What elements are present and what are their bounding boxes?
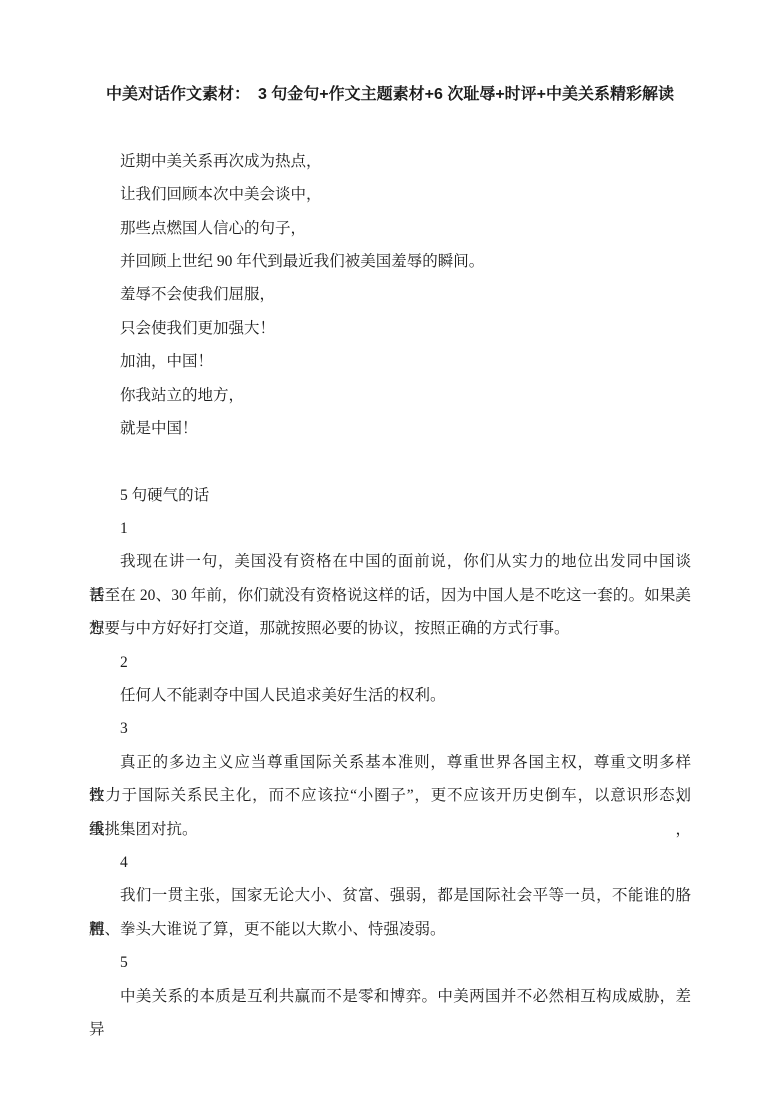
list-number: 1 xyxy=(89,512,691,545)
text-line: 想要与中方好好打交道，那就按照必要的协议，按照正确的方式行事。 xyxy=(89,612,691,645)
text-line: 我们一贯主张，国家无论大小、贫富、强弱，都是国际社会平等一员，不能谁的胳膊 xyxy=(89,879,691,912)
text-line: 就是中国！ xyxy=(89,412,691,445)
blank-line xyxy=(89,111,691,144)
text-line: 近期中美关系再次成为热点， xyxy=(89,145,691,178)
text-line: 让我们回顾本次中美会谈中， xyxy=(89,178,691,211)
text-line: 我现在讲一句，美国没有资格在中国的面前说，你们从实力的地位出发同中国谈话。 xyxy=(89,545,691,578)
text-line: 致力于国际关系民主化，而不应该拉“小圈子”，更不应该开历史倒车，以意识形态划线， xyxy=(89,779,691,812)
text-line: 甚至在 20、30 年前，你们就没有资格说这样的话，因为中国人是不吃这一套的。如… xyxy=(89,579,691,612)
text-line: 只会使我们更加强大！ xyxy=(89,312,691,345)
list-number: 2 xyxy=(89,646,691,679)
document-body: 中美对话作文素材： 3 句金句+作文主题素材+6 次耻辱+时评+中美关系精彩解读… xyxy=(89,78,691,1013)
list-number: 4 xyxy=(89,846,691,879)
section-heading: 5 句硬气的话 xyxy=(89,479,691,512)
text-line: 加油，中国！ xyxy=(89,345,691,378)
text-line: 中美关系的本质是互利共赢而不是零和博弈。中美两国并不必然相互构成威胁，差异 xyxy=(89,980,691,1013)
document-page: 中美对话作文素材： 3 句金句+作文主题素材+6 次耻辱+时评+中美关系精彩解读… xyxy=(0,0,780,1105)
text-line: 并回顾上世纪 90 年代到最近我们被美国羞辱的瞬间。 xyxy=(89,245,691,278)
document-title: 中美对话作文素材： 3 句金句+作文主题素材+6 次耻辱+时评+中美关系精彩解读 xyxy=(89,78,691,111)
list-number: 3 xyxy=(89,712,691,745)
list-number: 5 xyxy=(89,946,691,979)
text-line: 那些点燃国人信心的句子， xyxy=(89,212,691,245)
text-line: 粗、拳头大谁说了算，更不能以大欺小、恃强凌弱。 xyxy=(89,913,691,946)
text-line: 羞辱不会使我们屈服， xyxy=(89,278,691,311)
text-line: 你我站立的地方， xyxy=(89,379,691,412)
text-line: 任何人不能剥夺中国人民追求美好生活的权利。 xyxy=(89,679,691,712)
blank-line xyxy=(89,445,691,478)
text-line: 真正的多边主义应当尊重国际关系基本准则，尊重世界各国主权，尊重文明多样性， xyxy=(89,746,691,779)
